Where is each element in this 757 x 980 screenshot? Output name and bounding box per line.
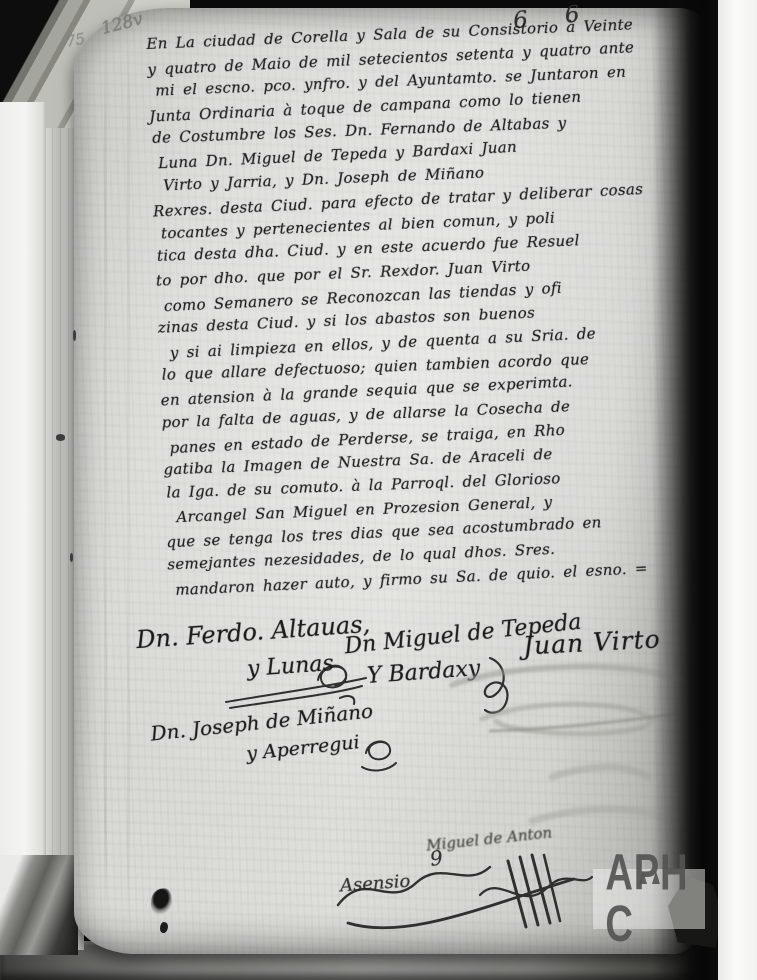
manuscript-text-block: En La ciudad de Corella y Sala de su Con… [146,11,716,601]
signature-rubric-coil-small [352,733,404,781]
edge-speck [70,553,73,562]
edge-page-number: 75 [65,29,87,50]
edge-speck [56,434,65,441]
bottom-left-shadow-wedge [0,855,78,955]
manuscript-photo: 128v 75 6 6 En La ciudad de Corella y Sa… [0,0,757,980]
right-background-strip [718,0,757,980]
watermark-label: APHC [605,848,692,951]
binding-gutter-shadow [652,0,718,980]
page-crease [104,24,107,934]
page-crease [127,24,130,934]
watermark-letter: C [605,899,633,950]
archive-watermark: APHC [593,869,705,929]
bottom-signature-flourish [330,843,604,947]
edge-speck [73,330,76,341]
watermark-letter: H [660,848,688,899]
watermark-letter: A [605,848,633,899]
left-cradle-edge [0,102,46,882]
